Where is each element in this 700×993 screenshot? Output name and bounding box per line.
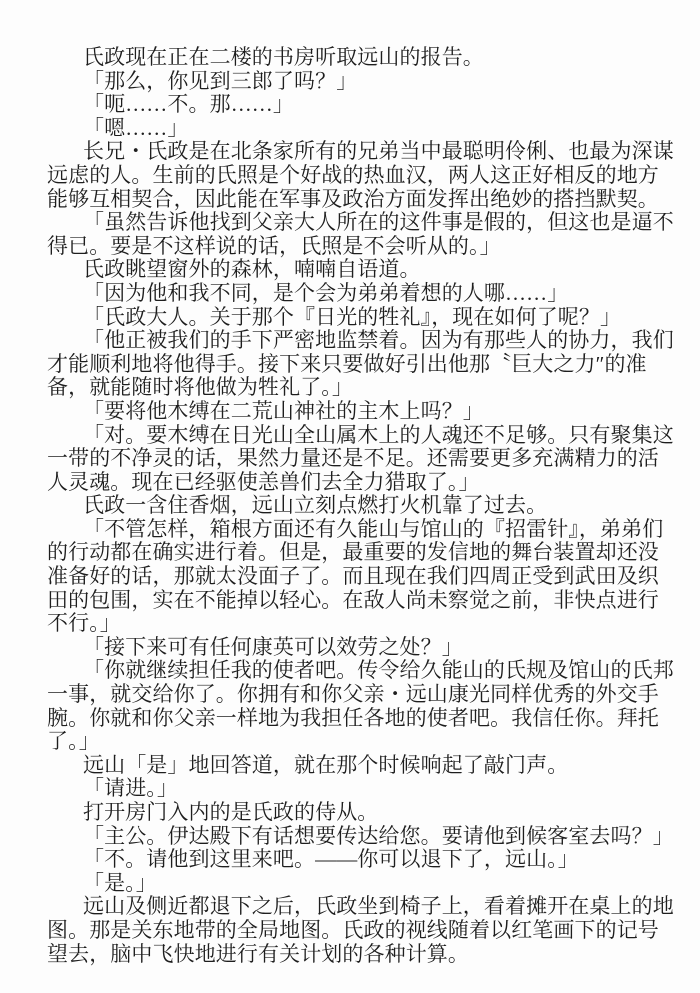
text-line-30: 了。」 bbox=[47, 730, 664, 754]
text-line-14: 才能顺利地将他得手。接下来只要做好引出他那〝巨大之力″的准 bbox=[47, 353, 664, 377]
text-line-31: 远山「是」地回答道，就在那个时候响起了敲门声。 bbox=[47, 754, 664, 778]
text-line-29: 腕。你就和你父亲一样地为我担任各地的使者吧。我信任你。拜托 bbox=[47, 707, 664, 731]
text-line-8: 「虽然告诉他找到父亲大人所在的这件事是假的，但这也是逼不 bbox=[47, 211, 664, 235]
text-line-23: 准备好的话，那就太没面子了。而且现在我们四周正受到武田及织 bbox=[47, 565, 664, 589]
text-line-21: 「不管怎样，箱根方面还有久能山与馆山的『招雷针』，弟弟们 bbox=[47, 518, 664, 542]
text-line-28: 一事，就交给你了。你拥有和你父亲・远山康光同样优秀的外交手 bbox=[47, 683, 664, 707]
text-line-25: 不行。」 bbox=[47, 612, 664, 636]
text-line-11: 「因为他和我不同，是个会为弟弟着想的人哪……」 bbox=[47, 282, 664, 306]
text-line-12: 「氏政大人。关于那个『日光的牲礼』，现在如何了呢？」 bbox=[47, 306, 664, 330]
text-line-27: 「你就继续担任我的使者吧。传令给久能山的氏规及馆山的氏邦 bbox=[47, 659, 664, 683]
text-line-39: 望去，脑中飞快地进行有关计划的各种计算。 bbox=[47, 943, 664, 967]
text-line-26: 「接下来可有任何康英可以效劳之处？」 bbox=[47, 636, 664, 660]
text-line-22: 的行动都在确实进行着。但是，最重要的发信地的舞台装置却还没 bbox=[47, 541, 664, 565]
text-line-19: 人灵魂。现在已经驱使恙兽们去全力猎取了。」 bbox=[47, 471, 664, 495]
text-line-36: 「是。」 bbox=[47, 872, 664, 896]
text-line-5: 长兄・氏政是在北条家所有的兄弟当中最聪明伶俐、也最为深谋 bbox=[47, 140, 664, 164]
text-line-38: 图。那是关东地带的全局地图。氏政的视线随着以红笔画下的记号 bbox=[47, 919, 664, 943]
text-line-17: 「对。要木缚在日光山全山属木上的人魂还不足够。只有聚集这 bbox=[47, 424, 664, 448]
text-line-24: 田的包围，实在不能掉以轻心。在敌人尚未察觉之前，非快点进行 bbox=[47, 589, 664, 613]
text-line-15: 备，就能随时将他做为牲礼了。」 bbox=[47, 376, 664, 400]
text-line-37: 远山及侧近都退下之后，氏政坐到椅子上，看着摊开在桌上的地 bbox=[47, 895, 664, 919]
text-line-34: 「主公。伊达殿下有话想要传达给您。要请他到候客室去吗？」 bbox=[47, 825, 664, 849]
text-line-35: 「不。请他到这里来吧。——你可以退下了，远山。」 bbox=[47, 848, 664, 872]
novel-page: 氏政现在正在二楼的书房听取远山的报告。「那么，你见到三郎了吗？」「呃……不。那…… bbox=[0, 0, 700, 993]
text-line-6: 远虑的人。生前的氏照是个好战的热血汉，两人这正好相反的地方 bbox=[47, 164, 664, 188]
text-line-3: 「呃……不。那……」 bbox=[47, 93, 664, 117]
text-line-16: 「要将他木缚在二荒山神社的主木上吗？」 bbox=[47, 400, 664, 424]
text-line-10: 氏政眺望窗外的森林，喃喃自语道。 bbox=[47, 258, 664, 282]
text-line-32: 「请进。」 bbox=[47, 777, 664, 801]
text-line-13: 「他正被我们的手下严密地监禁着。因为有那些人的协力，我们 bbox=[47, 329, 664, 353]
text-line-20: 氏政一含住香烟，远山立刻点燃打火机靠了过去。 bbox=[47, 494, 664, 518]
text-line-7: 能够互相契合，因此能在军事及政治方面发挥出绝妙的搭挡默契。 bbox=[47, 188, 664, 212]
text-line-9: 得已。要是不这样说的话，氏照是不会听从的。」 bbox=[47, 235, 664, 259]
text-line-1: 氏政现在正在二楼的书房听取远山的报告。 bbox=[47, 46, 664, 70]
text-line-18: 一带的不净灵的话，果然力量还是不足。还需要更多充满精力的活 bbox=[47, 447, 664, 471]
page-text: 氏政现在正在二楼的书房听取远山的报告。「那么，你见到三郎了吗？」「呃……不。那…… bbox=[47, 46, 664, 966]
text-line-2: 「那么，你见到三郎了吗？」 bbox=[47, 70, 664, 94]
text-line-33: 打开房门入内的是氏政的侍从。 bbox=[47, 801, 664, 825]
text-line-4: 「嗯……」 bbox=[47, 117, 664, 141]
